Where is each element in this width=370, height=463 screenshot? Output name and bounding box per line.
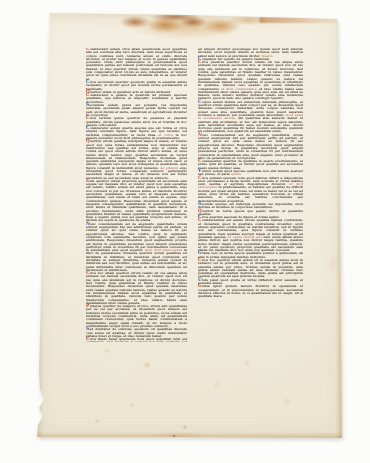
text-paragraph: Circa predicta queritur utrum relatio si… [198,61,303,101]
body-text: unc considerandum est de augmento quanti… [198,133,303,160]
text-paragraph: Preterea queritur de tempore et loco, ut… [86,305,187,328]
body-text: ecundum autem genus est potentia vel imp… [86,103,187,117]
text-paragraph: Considerandum est autem utrum qualitas h… [198,219,303,252]
body-text: in predicamentis, et habitus est qualita… [198,185,303,202]
body-text: in libro de generatione. Preterea querit… [86,248,187,272]
text-paragraph: Circa hoc queritur utrum gratia sit in e… [198,259,303,279]
text-column-right: ad aliquid dicuntur quecumque hoc ipsum … [198,48,303,342]
body-text: irca hoc etiam queritur utrum relatio si… [86,271,187,305]
body-text: onsideratur autem circa istam questionem… [86,48,187,81]
body-text: , nam unum album altero albius dicitur, … [198,235,303,252]
text-paragraph: Nunc considerandum est de augmento quant… [86,223,187,272]
paper-page: Consideratur autem circa istam questione… [37,13,342,438]
text-paragraph: Queritur utrum qualitas suscipiat magis … [86,140,187,180]
text-paragraph: Circa hoc etiam queritur utrum relatio s… [86,272,187,305]
body-text: tem queritur utrum proprium quantitatis … [86,179,187,223]
body-text: , ubi quantitas sine subiecto manet et s… [198,116,303,133]
text-paragraph: Gratia igitur gratum faciens dividitur i… [198,285,303,298]
body-text: ratia igitur gratum faciens dividitur in… [198,284,303,298]
body-text: irca hoc queritur utrum gratia sit in es… [198,258,303,278]
text-paragraph: Nunc considerandum est de augmento quant… [198,134,303,160]
photograph-background: Consideratur autem circa istam questione… [0,0,370,463]
text-paragraph: Circa primam speciem nota quod habitus d… [198,177,303,203]
text-paragraph: Circa finem huius questionis nota quod q… [86,338,187,342]
manuscript-leaf: Consideratur autem circa istam questione… [37,13,342,438]
body-text: reterea queritur de tempore et loco, utr… [86,304,187,328]
text-paragraph: Consideratur autem circa istam questione… [86,48,187,81]
body-text: irca finem huius questionis nota quod qu… [86,337,187,342]
text-paragraph: Corpus autem mobile est subiectum natura… [198,101,303,134]
text-paragraph: Item queritur utrum proprium quantitatis… [86,180,187,223]
text-column-left: Consideratur autem circa istam questione… [86,48,187,342]
